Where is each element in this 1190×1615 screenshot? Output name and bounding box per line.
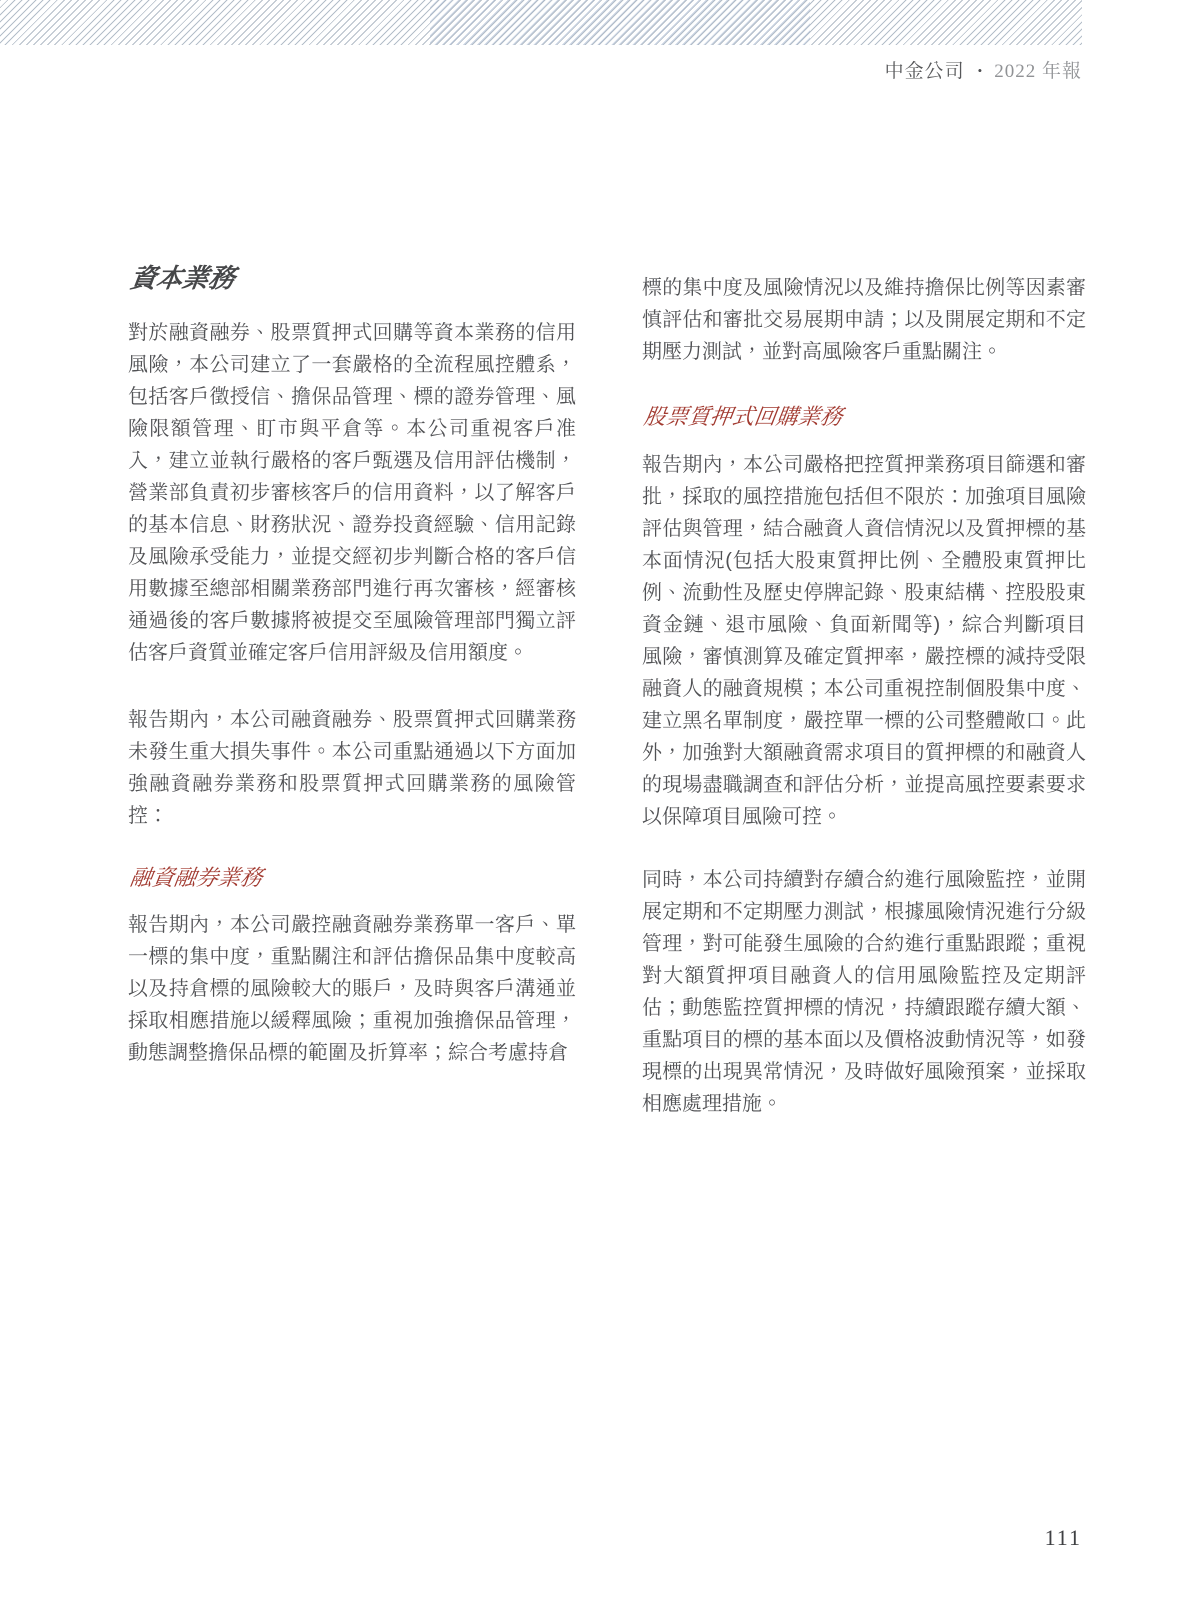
paragraph-credit-risk-framework: 對於融資融券、股票質押式回購等資本業務的信用風險，本公司建立了一套嚴格的全流程風… (128, 317, 576, 669)
right-column: 標的集中度及風險情況以及維持擔保比例等因素審慎評估和審批交易展期申請；以及開展定… (642, 0, 1086, 1120)
left-column: 資本業務 對於融資融券、股票質押式回購等資本業務的信用風險，本公司建立了一套嚴格… (128, 0, 576, 1069)
annual-report-page: 中金公司•2022 年報 資本業務 對於融資融券、股票質押式回購等資本業務的信用… (0, 0, 1190, 1615)
subheading-margin-financing-business: 融資融券業務 (128, 863, 576, 893)
section-heading-text: 資本業務 (128, 262, 237, 296)
page-number: 111 (0, 1524, 1082, 1552)
paragraph-margin-financing-controls: 報告期內，本公司嚴控融資融券業務單一客戶、單一標的集中度，重點關注和評估擔保品集… (128, 909, 576, 1069)
subheading-stock-pledge-repo-business: 股票質押式回購業務 (642, 402, 1086, 432)
subheading-text: 股票質押式回購業務 (642, 402, 844, 432)
paragraph-reporting-period-overview: 報告期內，本公司融資融券、股票質押式回購業務未發生重大損失事件。本公司重點通過以… (128, 704, 576, 832)
section-heading-capital-business: 資本業務 (128, 262, 576, 296)
paragraph-ongoing-contract-monitoring: 同時，本公司持續對存續合約進行風險監控，並開展定期和不定期壓力測試，根據風險情況… (642, 864, 1086, 1120)
paragraph-margin-financing-controls-continued: 標的集中度及風險情況以及維持擔保比例等因素審慎評估和審批交易展期申請；以及開展定… (642, 272, 1086, 368)
paragraph-pledge-project-screening: 報告期內，本公司嚴格把控質押業務項目篩選和審批，採取的風控措施包括但不限於：加強… (642, 449, 1086, 833)
subheading-text: 融資融券業務 (128, 863, 264, 893)
